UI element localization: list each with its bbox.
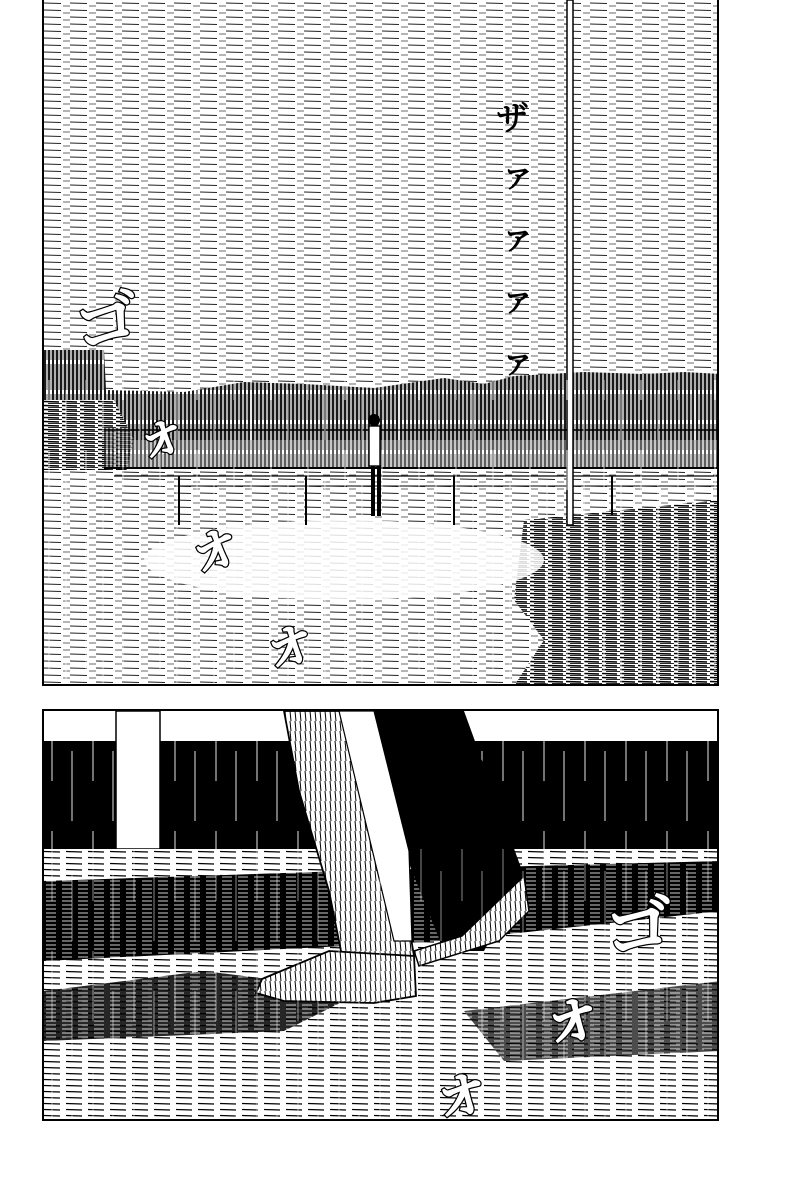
rain-sfx: ザァァァァ <box>486 100 526 410</box>
wind-sfx-go: ゴ <box>68 284 146 362</box>
rain-landscape-art <box>44 0 719 686</box>
panel-bare-feet: ゴ ォ ォ <box>42 709 719 1121</box>
panel-rain-landscape: ザァァァァ ゴ ォ ォ ォ <box>42 0 719 686</box>
wind-sfx-go-2: ゴ <box>599 888 678 967</box>
